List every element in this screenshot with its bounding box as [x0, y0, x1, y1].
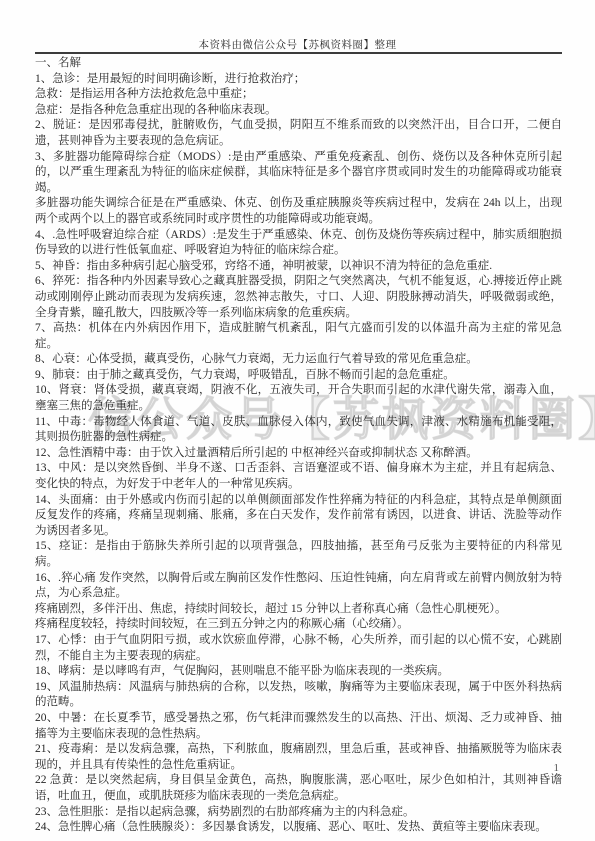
document-body: 一、名解 1、急诊：是用最短的时间明确诊断，进行抢救治疗； 急救：是指运用各种方… [35, 56, 562, 836]
definition-paragraph: 11、中毒：毒物经人体食道、气道、皮肤、血脉侵入体内，致使气血失调，津液、水精施… [35, 415, 562, 446]
definition-paragraph: 20、中暑：在长夏季节，感受暑热之邪，伤气耗津而骤然发生的以高热、汗出、烦渴、乏… [35, 711, 562, 742]
header-divider [35, 52, 562, 54]
definition-item-1-line-1: 1、急诊：是用最短的时间明确诊断，进行抢救治疗； [35, 72, 562, 88]
document-page: 本资料由微信公众号【苏枫资料圈】整理 信公众号【苏枫资料圈】 一、名解 1、急诊… [0, 0, 595, 841]
definition-paragraph: 12、急性酒精中毒：由于饮入过量酒精后所引起的 中枢神经兴奋或抑制状态 又称醉酒… [35, 446, 562, 462]
definition-paragraph: 7、高热：机体在内外病因作用下，造成脏腑气机紊乱，阳气亢盛而引发的以体温升高为主… [35, 321, 562, 352]
definition-paragraph: 5、神昏：指由多种病引起心脑受邪，窍络不通，神明被蒙，以神识不清为特征的急危重症… [35, 259, 562, 275]
definition-paragraph: 17、心悸：由于气血阴阳亏损，或水饮瘀血停滞，心脉不畅，心失所养，而引起的以心慌… [35, 633, 562, 664]
definition-paragraph: 6、猝死：指各种内外因素导致心之藏真脏器受损，阴阳之气突然离决，气机不能复返，心… [35, 274, 562, 321]
definition-paragraph: 24、急性脾心痛（急性胰腺炎）：多因暴食诱发，以腹痛、恶心、呕吐、发热、黄疸等主… [35, 820, 562, 836]
definition-paragraph: 14、头面痛：由于外感或内伤而引起的以单侧颜面部发作性猝痛为特征的内科急症，其特… [35, 493, 562, 540]
definition-paragraph: 疼痛剧烈，多伴汗出、焦虑，持续时间较长，超过 15 分钟以上者称真心痛（急性心肌… [35, 602, 562, 618]
definition-paragraph: 16、.猝心痛 发作突然，以胸骨后或左胸前区发作性憋闷、压迫性钝痛，向左肩背或左… [35, 571, 562, 602]
definition-paragraph: 2、脱证：是因邪毒侵扰，脏腑败伤，气血受损，阴阳互不维系而致的以突然汗出，目合口… [35, 118, 562, 149]
header-source-notice: 本资料由微信公众号【苏枫资料圈】整理 [0, 37, 595, 52]
definition-paragraph: 疼痛程度较轻，持续时间较短，在三到五分钟之内的称厥心痛（心绞痛）。 [35, 617, 562, 633]
definition-paragraph: 3、多脏器功能障碍综合症（MODS）:是由严重感染、严重免疫紊乱、创伤、烧伤以及… [35, 150, 562, 197]
definition-paragraph: 10、肾衰：肾体受损，藏真衰竭，阴液不化，五液失司，开合失职而引起的水津代谢失常… [35, 383, 562, 414]
definition-paragraph: 8、心衰：心体受损，藏真受伤，心脉气力衰竭，无力运血行气着导致的常见危重急症。 [35, 352, 562, 368]
definition-paragraph: 15、痉证：是指由于筋脉失养所引起的以项背强急，四肢抽搐，甚至角弓反张为主要特征… [35, 539, 562, 570]
section-title: 一、名解 [35, 56, 562, 72]
definition-paragraph: 18、哮病：是以哮鸣有声，气促胸闷，甚则喘息不能平卧为临床表现的一类疾病。 [35, 664, 562, 680]
definition-paragraph: 13、中风：是以突然昏倒、半身不遂、口舌歪斜、言语蹇涩或不语、偏身麻木为主症，并… [35, 461, 562, 492]
definition-paragraph: 多脏器功能失调综合征是在严重感染、休克、创伤及重症胰腺炎等疾病过程中，发病在 2… [35, 196, 562, 227]
definition-paragraph: 19、风温肺热病：风温病与肺热病的合称，以发热，咳嗽，胸痛等为主要临床表现，属于… [35, 680, 562, 711]
definition-paragraph: 22 急黄：是以突然起病，身目俱呈金黄色，高热，胸腹胀满，恶心呕吐，尿少色如柏汁… [35, 773, 562, 804]
definition-paragraph: 21、疫毒痢：是以发病急骤，高热，下利脓血，腹痛剧烈，里急后重，甚或神昏、抽搐厥… [35, 742, 562, 773]
definition-paragraph: 23、急性胆胀：是指以起病急骤，病势剧烈的右肋部疼痛为主的内科急症。 [35, 805, 562, 821]
definition-item-1-line-2: 急救：是指运用各种方法抢救危急中重症； [35, 87, 562, 103]
definition-item-1-line-3: 急症：是指各种危急重症出现的各种临床表现。 [35, 103, 562, 119]
page-number: 1 [554, 762, 560, 774]
definition-paragraph: 4、.急性呼吸窘迫综合症（ARDS）:是发生于严重感染、休克、创伤及烧伤等疾病过… [35, 228, 562, 259]
definition-paragraph: 9、肺衰：由于肺之藏真受伤，气力衰竭，呼吸错乱，百脉不畅而引起的急危重症。 [35, 368, 562, 384]
